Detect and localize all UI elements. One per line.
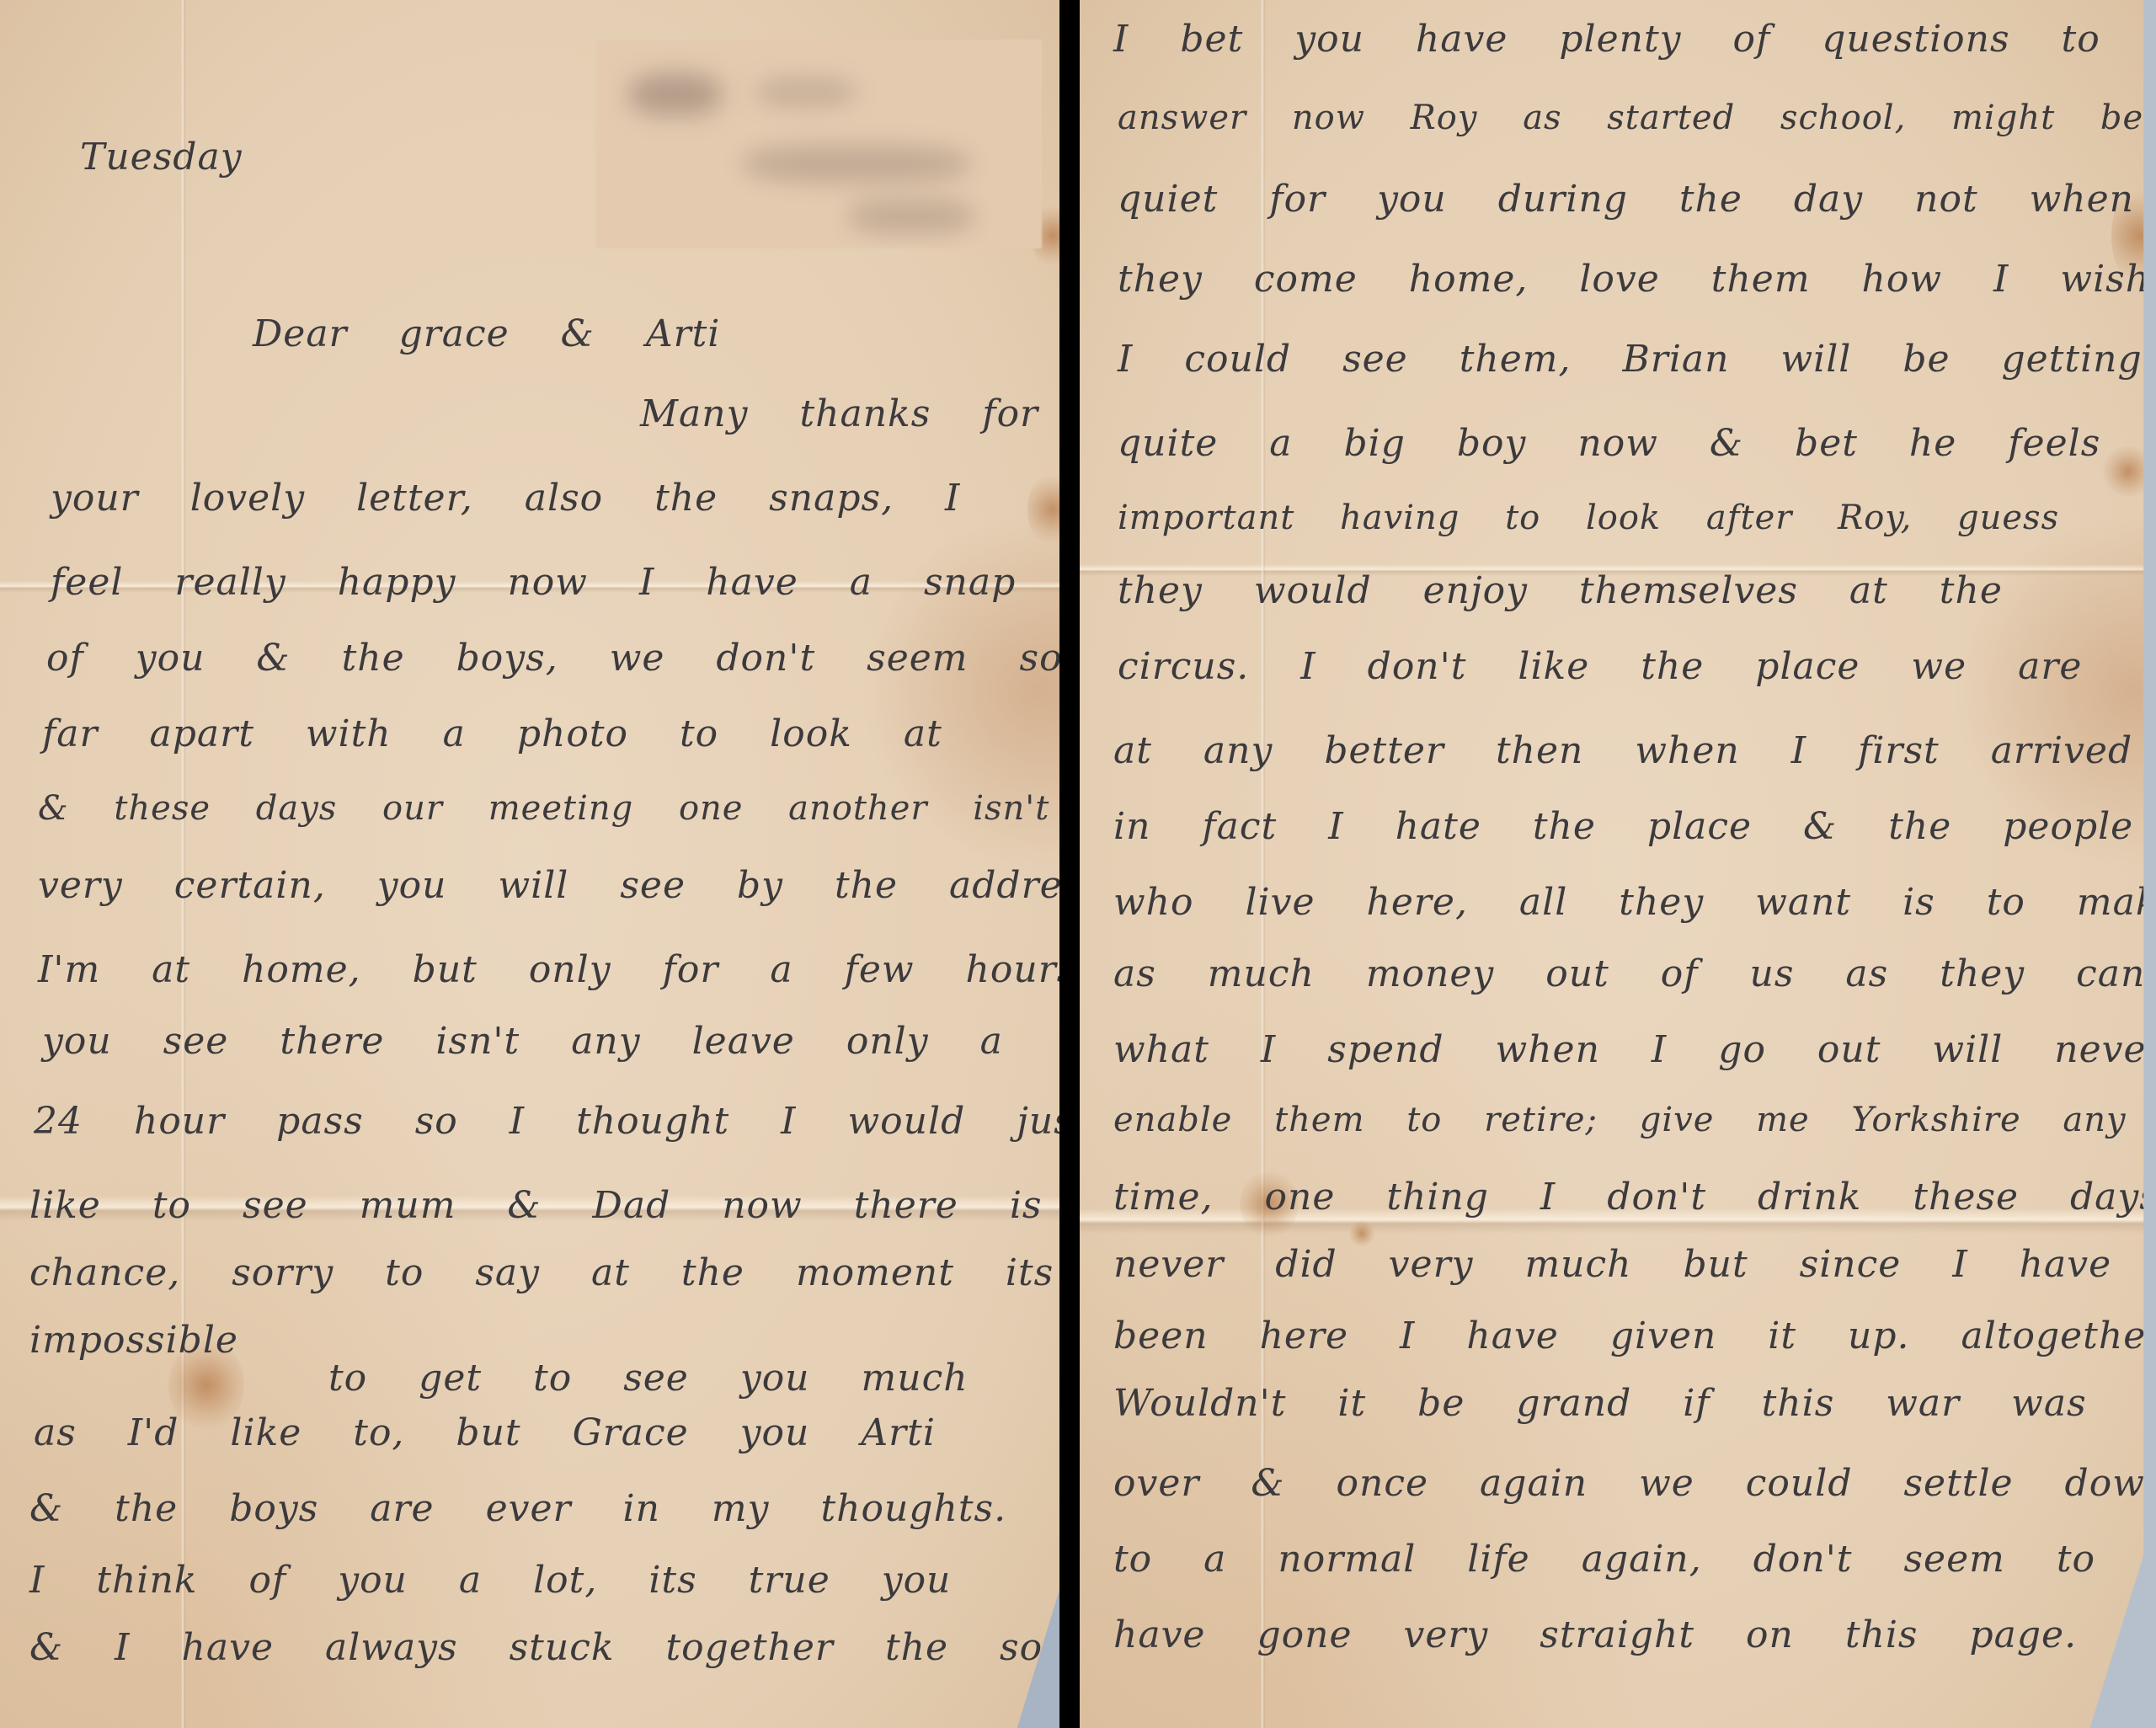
letter-salutation: Dear grace & Arti (253, 316, 720, 353)
letter-line: you see there isn't any leave only a (42, 1023, 1003, 1060)
letter-line: I think of you a lot, its true you (29, 1562, 951, 1599)
letter-line: I'm at home, but only for a few hours (38, 952, 1059, 989)
letter-line: Wouldn't it be grand if this war was (1113, 1385, 2087, 1422)
letter-line: been here I have given it up. altogether (1113, 1318, 2154, 1355)
letter-line: & the boys are ever in my thoughts. (29, 1491, 1006, 1528)
letter-line: they would enjoy themselves at the (1118, 573, 2003, 610)
letter-line: what I spend when I go out will never (1113, 1032, 2154, 1069)
letter-line: who live here, all they want is to make (1113, 884, 2154, 921)
letter-line: & these days our meeting one another isn… (38, 792, 1049, 825)
letter-line: like to see mum & Dad now there is a (29, 1187, 1059, 1224)
letter-line: I bet you have plenty of questions to (1113, 21, 2100, 58)
letter-line: 24 hour pass so I thought I would just (34, 1103, 1059, 1140)
letter-line: as I'd like to, but Grace you Arti (34, 1415, 936, 1452)
letter-line: impossible (29, 1322, 238, 1359)
letter-line: far apart with a photo to look at (42, 716, 942, 753)
letter-line: of you & the boys, we don't seem so (46, 640, 1059, 677)
letter-line: circus. I don't like the place we are (1118, 648, 2082, 685)
letter-line: quite a big boy now & bet he feels very (1118, 425, 2154, 462)
letter-page-right: I bet you have plenty of questions to an… (1080, 0, 2154, 1728)
letter-line: have gone very straight on this page. (1113, 1617, 2077, 1654)
letter-line: to a normal life again, don't seem to (1113, 1541, 2095, 1578)
letter-line: they come home, love them how I wish (1118, 261, 2150, 298)
letter-line: in fact I hate the place & the people (1113, 808, 2133, 845)
letter-day: Tuesday (80, 139, 243, 176)
letter-line: enable them to retire; give me Yorkshire… (1113, 1103, 2127, 1137)
letter-line: quiet for you during the day not when (1118, 181, 2134, 218)
letter-line: important having to look after Roy, gues… (1118, 501, 2059, 535)
page-divider (1059, 0, 1080, 1728)
letter-line: Many thanks for (640, 396, 1038, 433)
letter-line: feel really happy now I have a snap (51, 564, 1016, 601)
letter-line: to get to see you much (328, 1360, 969, 1397)
letter-line: & I have always stuck together the sort (29, 1629, 1059, 1667)
letter-line: very certain, you will see by the addres… (38, 867, 1059, 904)
letter-page-left: Tuesday Dear grace & Arti Many thanks fo… (0, 0, 1059, 1728)
letter-line: your lovely letter, also the snaps, I (51, 480, 960, 517)
letter-line: time, one thing I don't drink these days (1113, 1179, 2154, 1216)
rust-stain (1027, 472, 1059, 547)
letter-line: at any better then when I first arrived (1113, 733, 2132, 770)
letter-line: I could see them, Brian will be getting (1118, 341, 2143, 378)
letter-line: answer now Roy as started school, might … (1118, 101, 2143, 135)
letter-line: chance, sorry to say at the moment its (29, 1255, 1054, 1292)
redacted-address-block (595, 40, 1042, 248)
letter-line: over & once again we could settle down (1113, 1465, 2154, 1502)
letter-line: as much money out of us as they can. (1113, 956, 2154, 993)
letter-line: never did very much but since I have (1113, 1246, 2111, 1283)
